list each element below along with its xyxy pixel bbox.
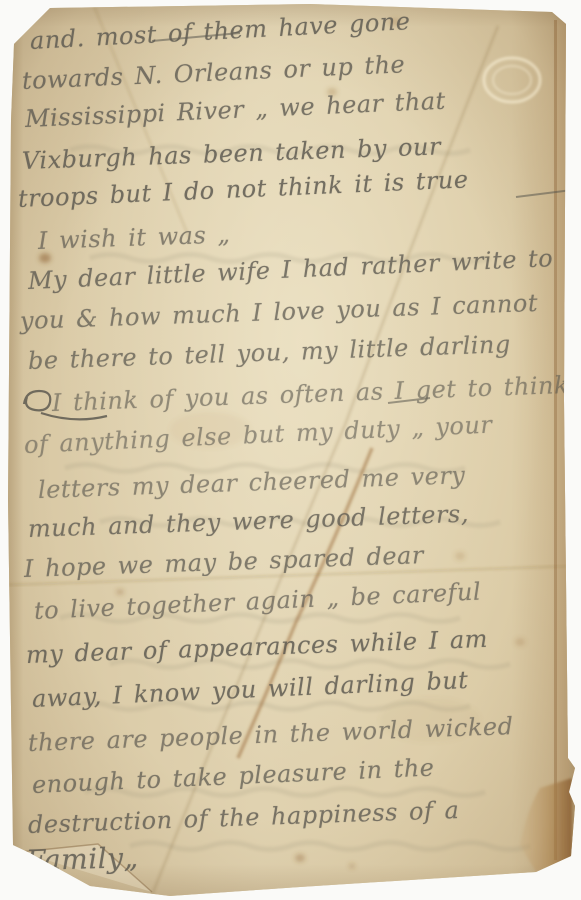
handwritten-line: much and they were good letters, <box>28 501 470 543</box>
handwritten-line: my dear of appearances while I am <box>26 626 489 669</box>
handwritten-line: destruction of the happiness of a <box>28 797 460 838</box>
handwritten-line: to live together again „ be careful <box>33 578 481 624</box>
handwritten-line: towards N. Orleans or up the <box>21 51 405 94</box>
handwritten-line: Family„ <box>26 843 139 877</box>
paper-sheet: and. most of them have gone towards N. O… <box>0 0 581 900</box>
handwritten-line: I hope we may be spared dear <box>24 542 425 582</box>
handwritten-line: letters my dear cheered me very <box>38 462 466 503</box>
letter-text: and. most of them have gone towards N. O… <box>0 0 581 900</box>
handwritten-line: of anything else but my duty „ your <box>23 412 492 459</box>
handwritten-line: enough to take pleasure in the <box>31 754 435 798</box>
handwritten-line: away, I know you will darling but <box>31 667 468 712</box>
handwritten-line: Mississippi River „ we hear that <box>24 88 446 133</box>
handwritten-line: I wish it was „ <box>38 221 231 254</box>
handwritten-line: you & how much I love you as I cannot <box>20 290 539 334</box>
handwritten-line: and. most of them have gone <box>29 8 411 54</box>
handwritten-line: troops but I do not think it is true <box>17 166 469 212</box>
handwritten-line: there are people in the world wicked <box>28 713 514 756</box>
handwritten-line: be there to tell you, my little darling <box>28 331 512 374</box>
scanned-letter: and. most of them have gone towards N. O… <box>0 0 581 900</box>
